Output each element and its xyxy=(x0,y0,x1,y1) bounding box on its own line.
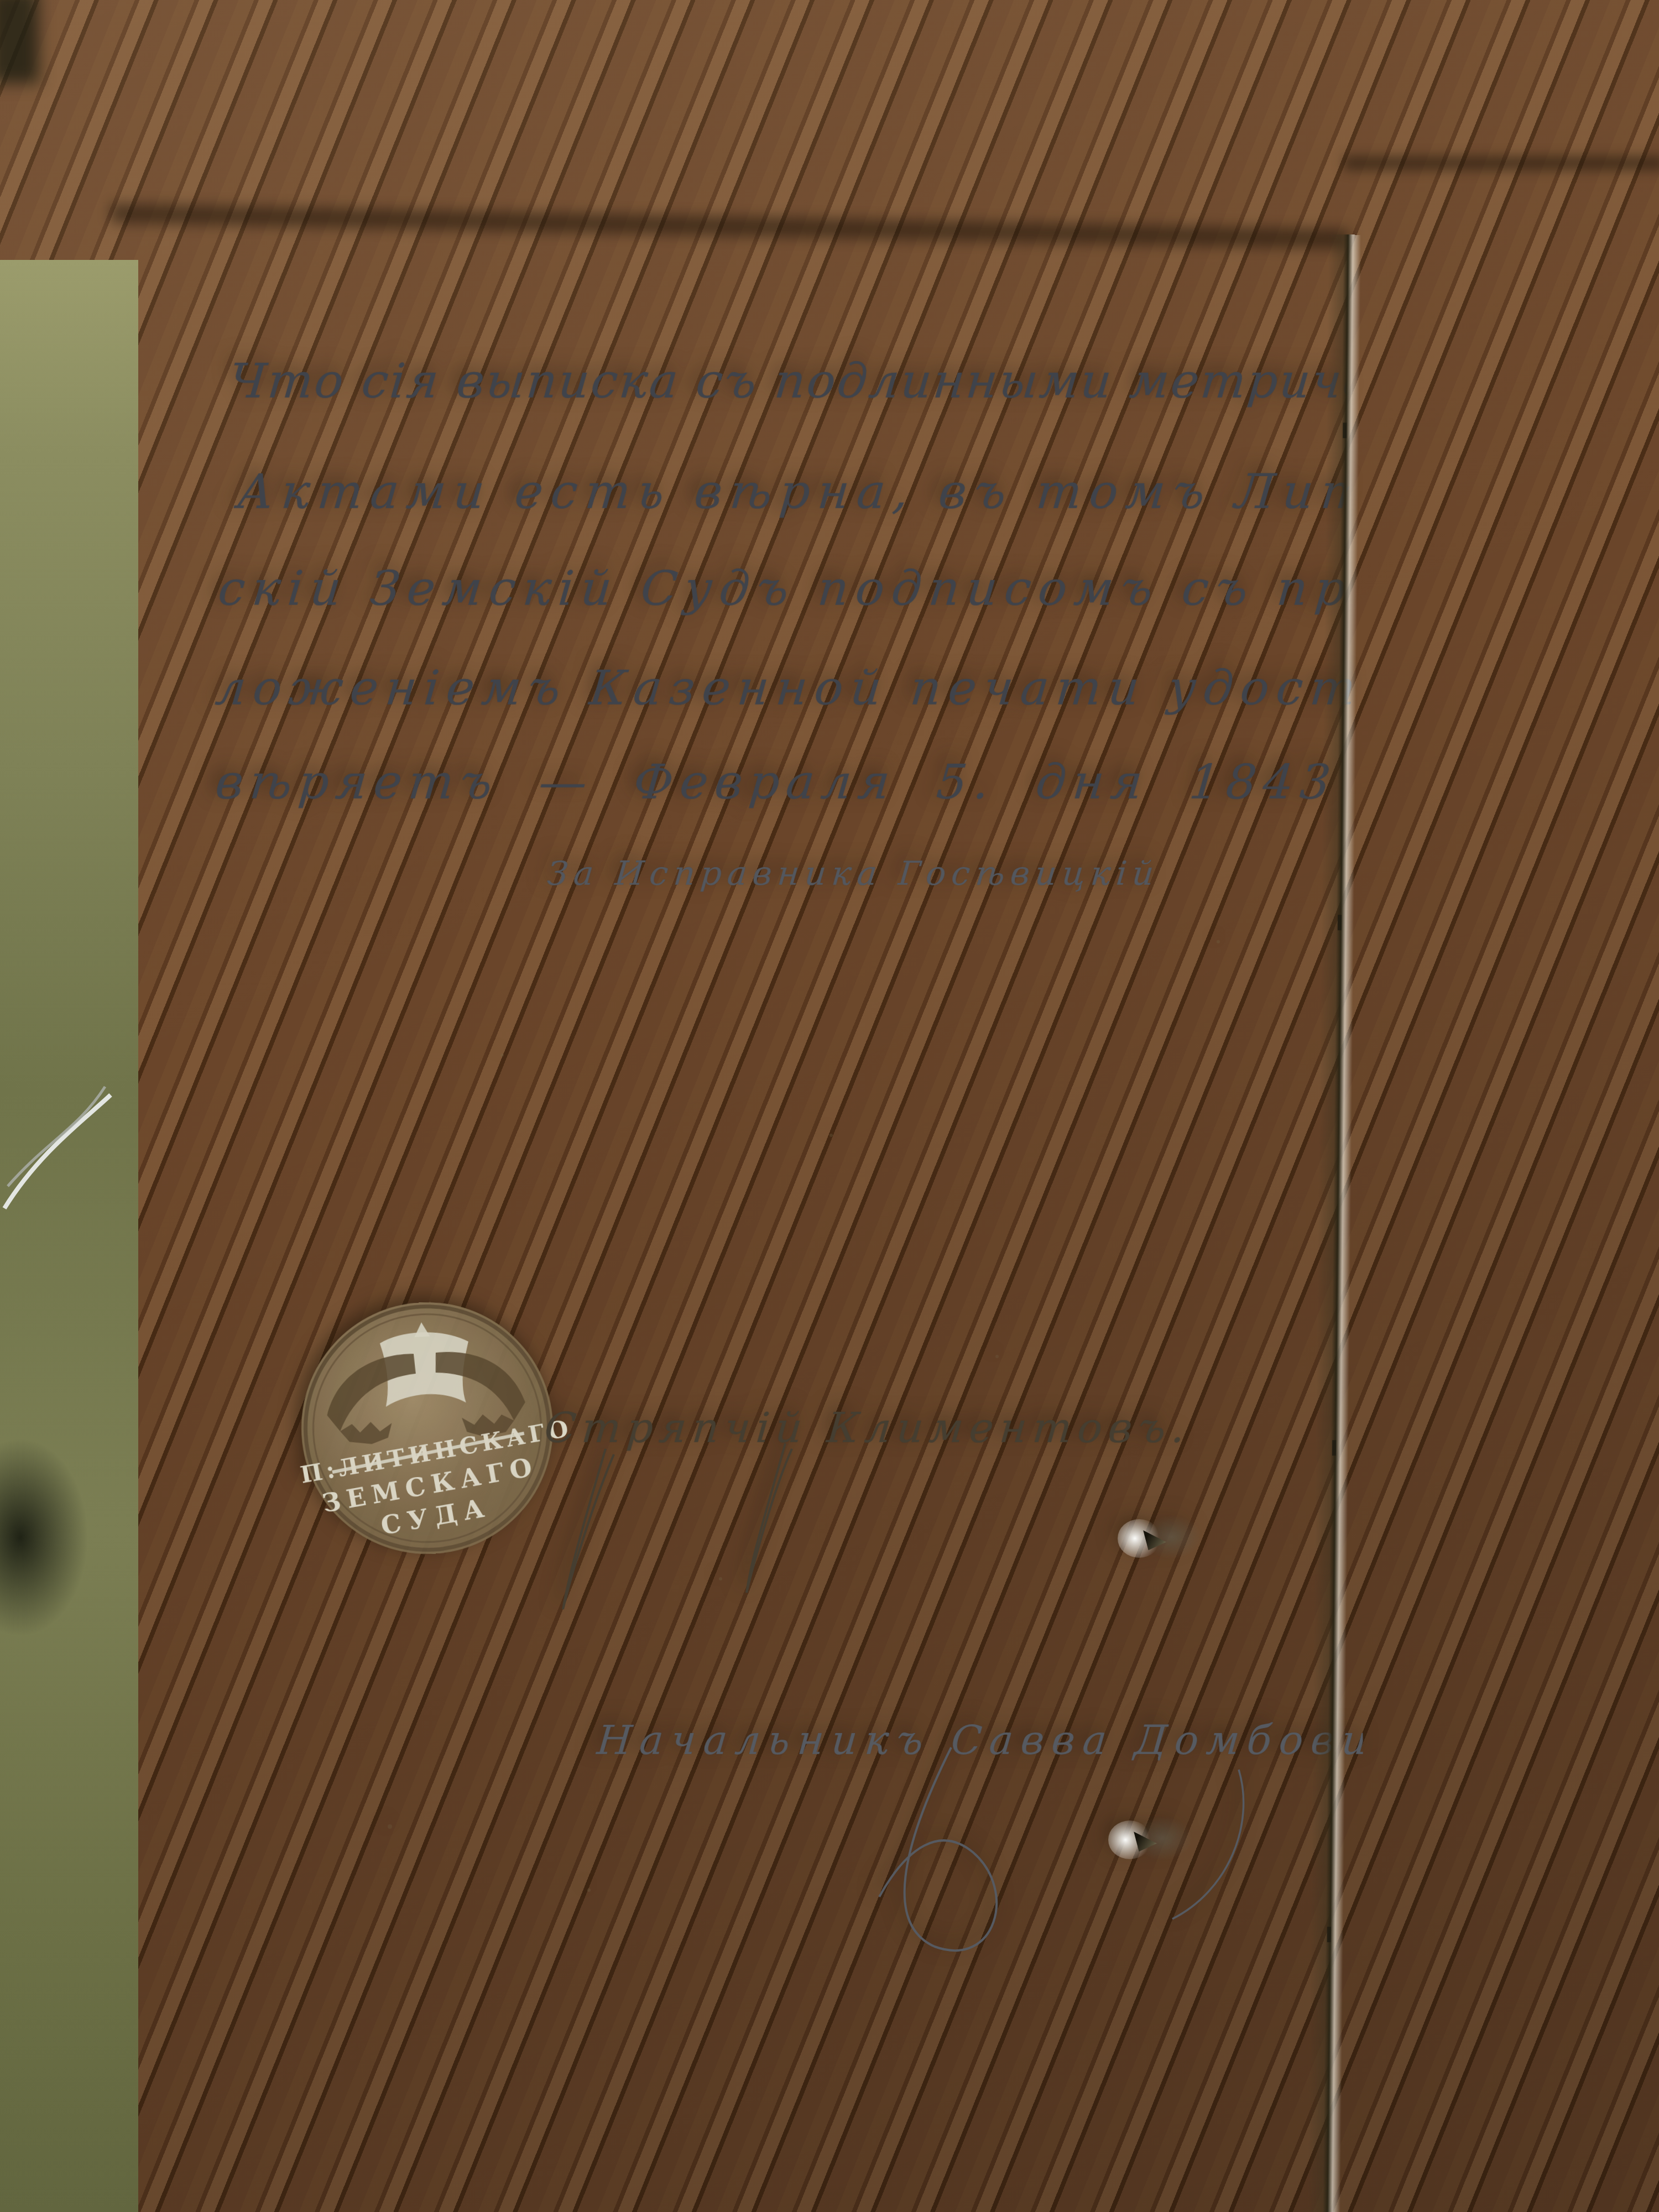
wood-table-background xyxy=(0,0,1659,2212)
photo-archival-document: Что сія выписка съ подлинными метрически… xyxy=(0,0,1659,2212)
paper-hole xyxy=(1125,1518,1186,1573)
handwritten-line-clerk: За Исправника Госѣвицкій xyxy=(546,854,1161,893)
official-signature: Стряпчій Климентовъ. xyxy=(542,1405,1193,1452)
table-paper-gap-shadow-right xyxy=(1344,156,1659,170)
binding-stitch xyxy=(1327,1927,1331,1942)
handwritten-line: скій Земскій Судъ подписомъ съ при- xyxy=(216,561,1416,617)
handwritten-line: Актами есть вѣрна, въ томъ Литин- xyxy=(236,465,1478,520)
ink-stamp-seal: П:ЛИТИНСКАГО ЗЕМСКАГО СУДА xyxy=(295,1296,559,1560)
cloth-shadow-blob xyxy=(0,1438,88,1637)
paper-hole xyxy=(1116,1819,1177,1875)
binding-stitch xyxy=(1332,1440,1336,1455)
binding-stitch xyxy=(1343,422,1347,438)
binding-stitch xyxy=(1338,915,1342,930)
handwritten-line: ложеніемъ Казенной печати удосто- xyxy=(213,661,1424,716)
white-thread xyxy=(0,0,144,1327)
